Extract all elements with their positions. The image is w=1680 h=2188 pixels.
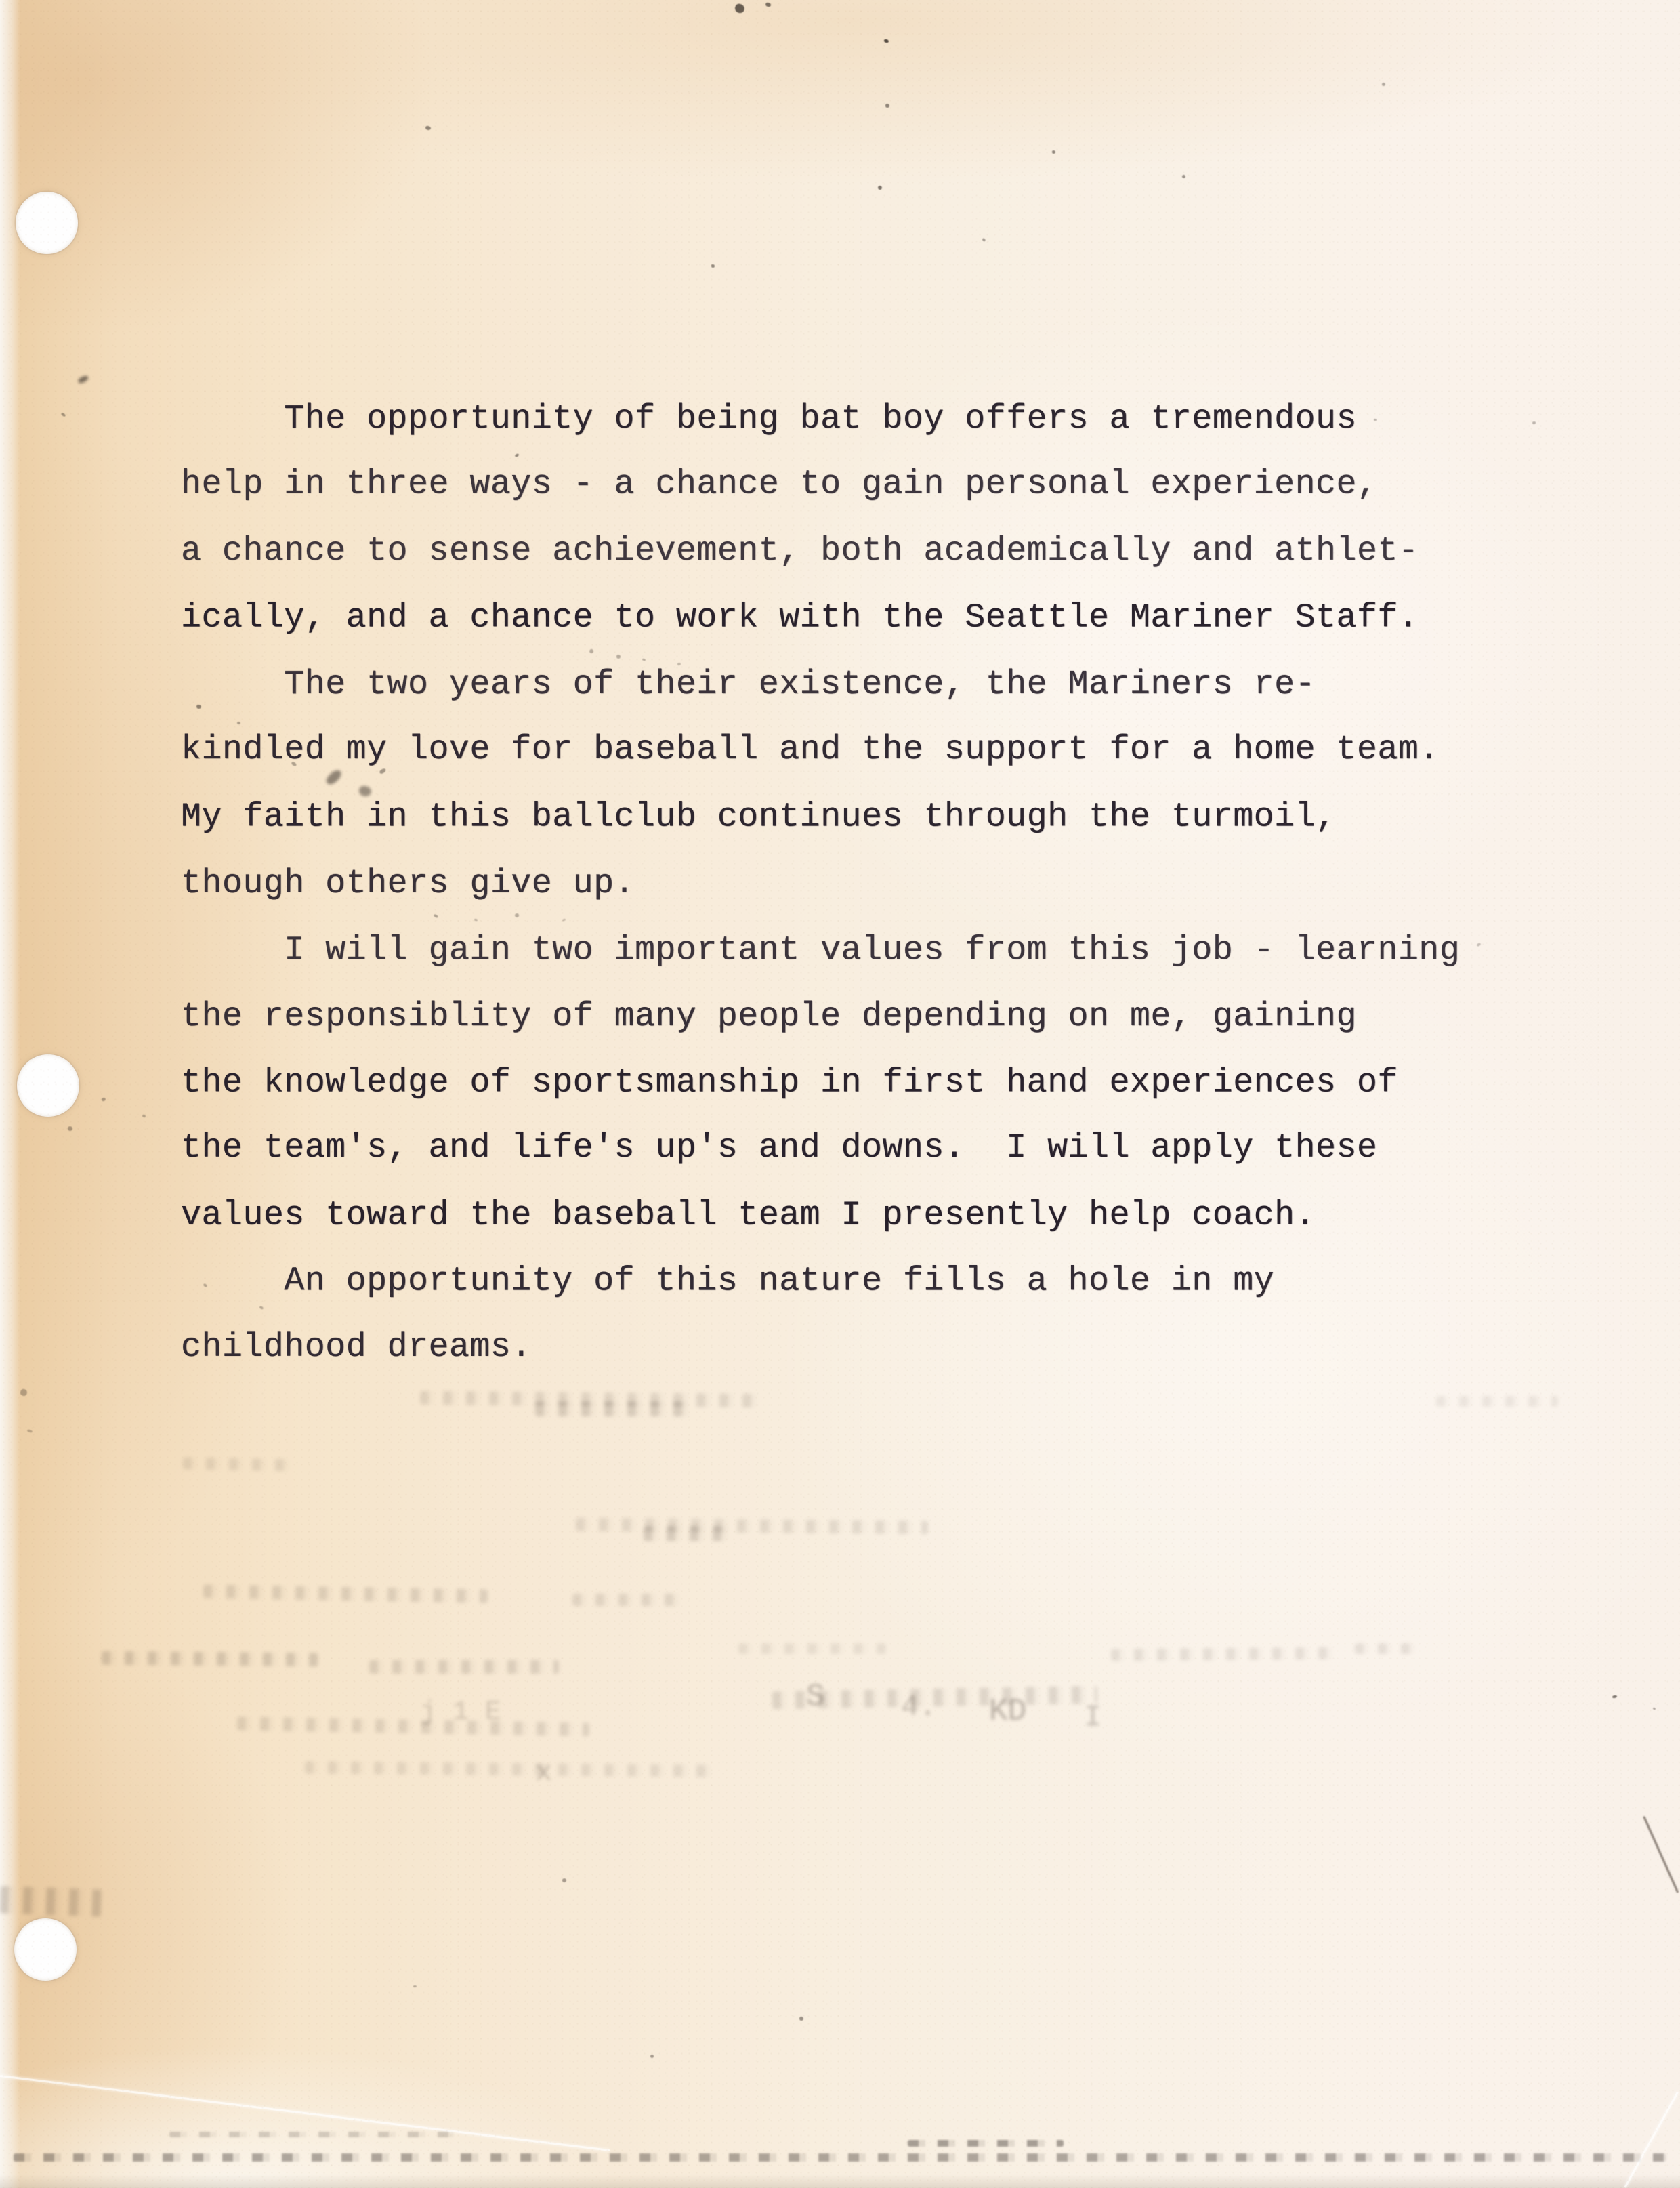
ink-speck (616, 655, 621, 659)
ink-speck (27, 1429, 33, 1433)
paper-crease (1624, 2092, 1679, 2188)
ghost-bleed-line (644, 1526, 732, 1541)
bottom-smudge-streak (14, 2153, 1666, 2162)
ink-speck (884, 39, 889, 43)
ghost-bleed-line (102, 1651, 318, 1667)
paper-crease (1643, 1816, 1679, 1893)
hole-punch (16, 192, 78, 254)
ink-speck (19, 1388, 28, 1397)
illegible-ghost-fragment: x (535, 1756, 552, 1789)
illegible-ghost-fragment: S (806, 1679, 825, 1714)
paper-crease (0, 2075, 610, 2151)
hole-punch (17, 1054, 79, 1117)
ghost-bleed-line (1355, 1643, 1416, 1654)
typed-line: The opportunity of being bat boy offers … (181, 386, 1460, 453)
typed-line: the knowledge of sportsmanship in first … (181, 1050, 1460, 1117)
ghost-bleed-line (738, 1643, 887, 1654)
ink-speck (1612, 1695, 1618, 1698)
ghost-bleed-line (305, 1761, 711, 1777)
ink-speck (711, 264, 715, 268)
ghost-bleed-line (576, 1518, 928, 1535)
typed-text-block: The opportunity of being bat boy offers … (181, 386, 1460, 1382)
ink-speck (413, 1985, 417, 1988)
bottom-smudge-streak (908, 2140, 1064, 2147)
ink-speck (67, 1126, 73, 1132)
ink-speck (425, 125, 431, 130)
ghost-bleed-line (572, 1594, 688, 1606)
typed-line: the team's, and life's up's and downs. I… (181, 1115, 1460, 1182)
ink-speck (1653, 1707, 1656, 1710)
ink-speck (1181, 174, 1186, 179)
ink-speck (1476, 943, 1481, 947)
ink-speck (1052, 150, 1055, 154)
typed-line: help in three ways - a chance to gain pe… (181, 451, 1460, 518)
ink-speck (734, 3, 745, 14)
ghost-bleed-line (0, 1886, 102, 1916)
typed-line: The two years of their existence, the Ma… (181, 652, 1460, 718)
illegible-ghost-fragment: j 1 E (420, 1697, 501, 1728)
illegible-ghost-fragment: 4. (901, 1691, 937, 1725)
ink-speck (877, 185, 883, 190)
typed-line: a chance to sense achievement, both acad… (181, 518, 1460, 585)
ink-speck (650, 2054, 654, 2059)
scanned-document-page: The opportunity of being bat boy offers … (0, 0, 1680, 2188)
ghost-bleed-line (203, 1584, 488, 1603)
typed-line: childhood dreams. (181, 1315, 1460, 1381)
typed-line: the responsiblity of many people dependi… (181, 984, 1460, 1050)
ink-speck (77, 375, 89, 385)
ink-speck (562, 1878, 567, 1884)
ink-speck (1382, 83, 1386, 87)
ink-speck (1532, 421, 1536, 424)
ghost-bleed-line (1436, 1396, 1558, 1407)
ghost-bleed-line (183, 1458, 298, 1472)
ghost-bleed-line (1111, 1647, 1341, 1661)
typed-line: ically, and a chance to work with the Se… (181, 585, 1460, 652)
ink-speck (237, 722, 240, 724)
scan-left-edge (0, 0, 20, 2188)
typed-line: My faith in this ballclub continues thro… (181, 785, 1460, 851)
ink-speck (474, 919, 478, 922)
scan-bottom-edge (0, 2174, 1680, 2188)
ink-speck (101, 1097, 106, 1102)
illegible-ghost-fragment: KD (989, 1694, 1026, 1729)
ghost-bleed-line (237, 1716, 589, 1736)
ink-speck (982, 238, 986, 242)
ink-speck (885, 104, 889, 108)
ink-speck (765, 2, 771, 7)
ghost-bleed-line (535, 1401, 691, 1416)
hole-punch (14, 1918, 77, 1981)
typed-line: I will gain two important values from th… (181, 917, 1460, 984)
typed-line: kindled my love for baseball and the sup… (181, 717, 1460, 783)
ink-speck (719, 1025, 723, 1028)
typed-line: though others give up. (181, 851, 1460, 917)
typed-line: values toward the baseball team I presen… (181, 1183, 1460, 1250)
ink-speck (60, 412, 66, 417)
ink-speck (142, 1114, 146, 1118)
illegible-ghost-fragment: I (1084, 1701, 1101, 1735)
ghost-bleed-line (369, 1660, 559, 1674)
bottom-smudge-streak (169, 2132, 454, 2137)
ink-speck (799, 2017, 804, 2021)
typed-line: An opportunity of this nature fills a ho… (181, 1249, 1460, 1315)
